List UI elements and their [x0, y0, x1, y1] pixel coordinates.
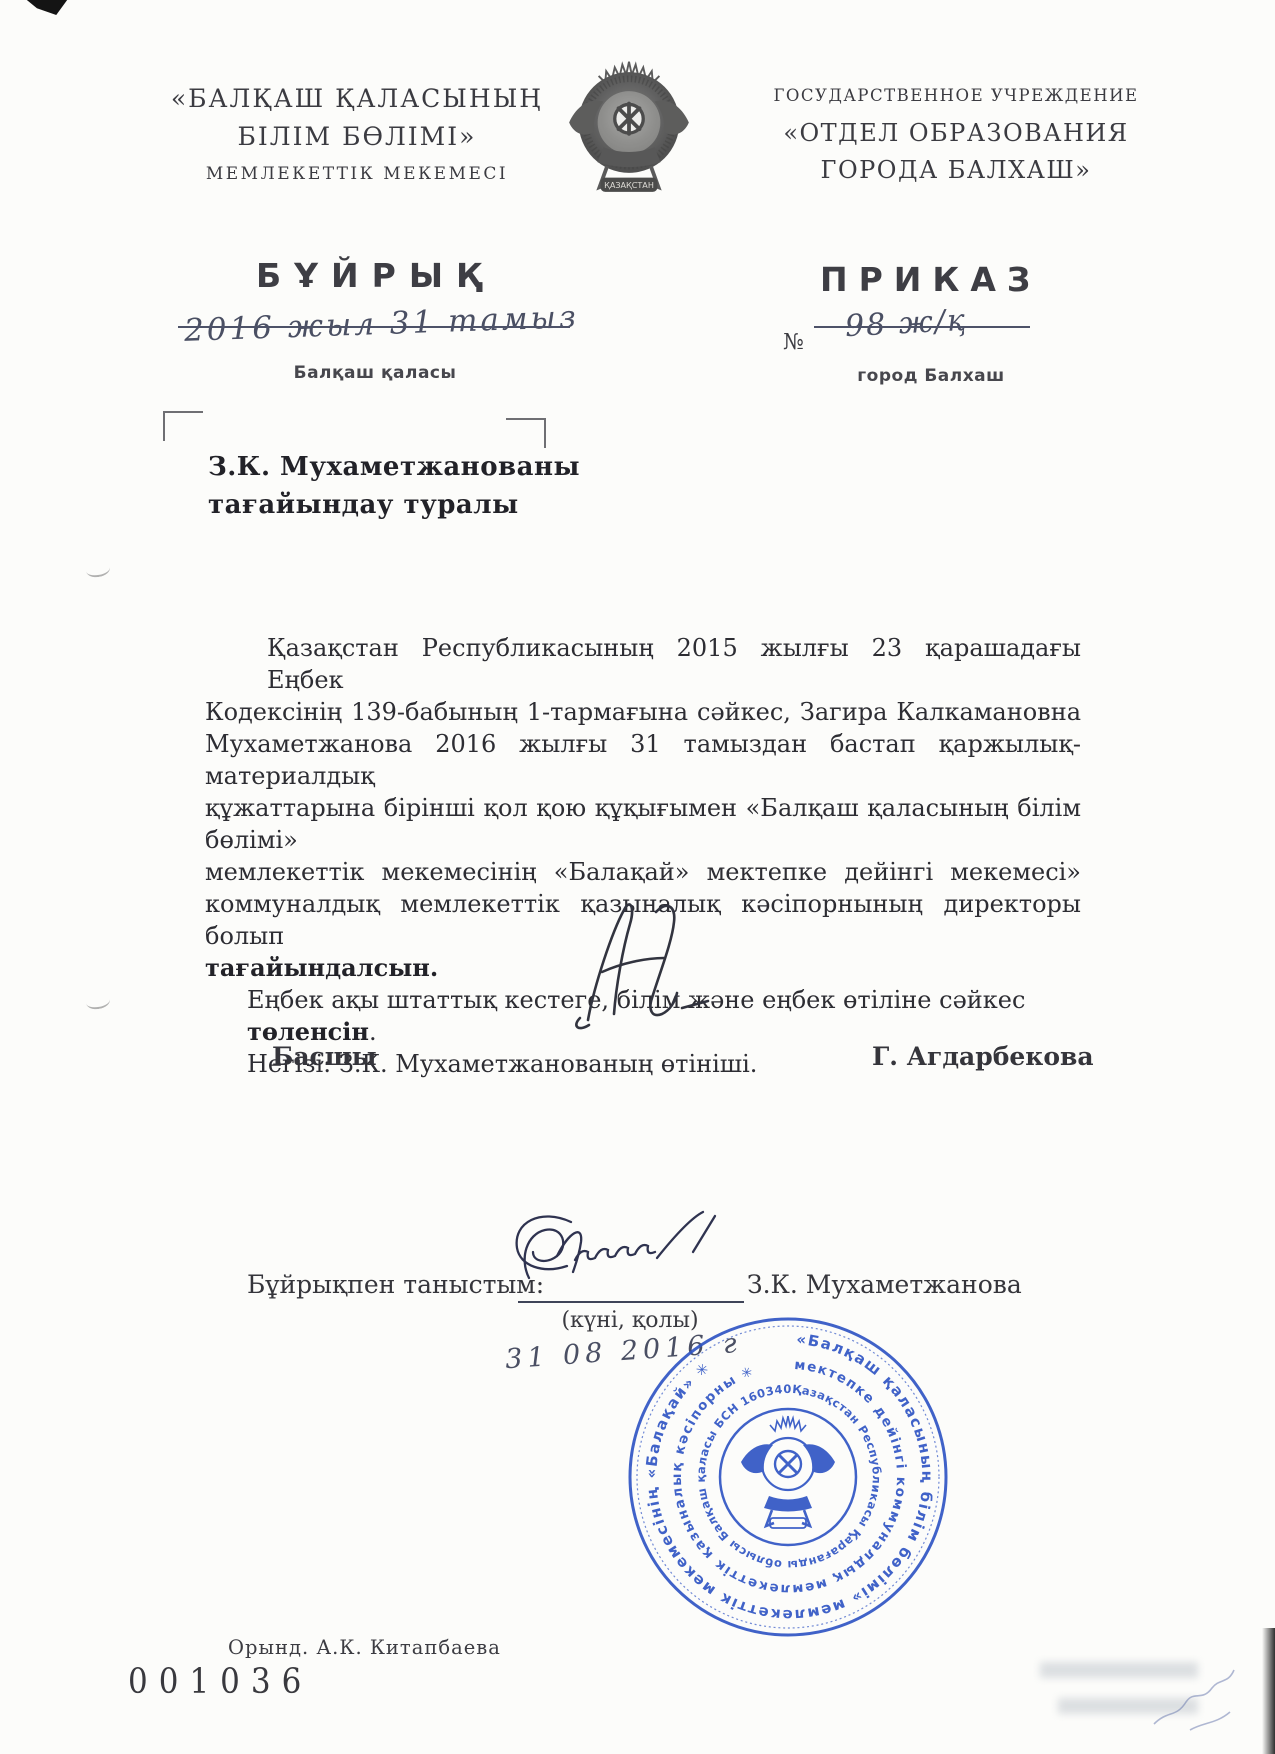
org-ru-line3: ГОРОДА БАЛХАШ»	[752, 152, 1160, 189]
date-underline	[178, 326, 570, 328]
emblem-banner-text: ҚАЗАҚСТАН	[604, 181, 654, 190]
place-kazakh: Балқаш қаласы	[180, 363, 570, 383]
acknowledgment-underline	[518, 1301, 744, 1303]
official-round-stamp: «Балқаш қаласының білім бөлімі» мемлекет…	[623, 1312, 953, 1642]
body-line: Қазақстан Республикасының 2015 жылғы 23 …	[205, 632, 1081, 696]
org-kk-line2: БІЛІМ БӨЛІМІ»	[168, 118, 546, 156]
acknowledgment-label: Бұйрықпен таныстым:	[247, 1270, 544, 1299]
subject-line1: З.К. Мухаметжанованы	[208, 448, 580, 486]
margin-pencil-tick	[85, 560, 111, 579]
acknowledging-person-name: З.К. Мухаметжанова	[747, 1270, 1022, 1299]
org-kk-line1: «БАЛҚАШ ҚАЛАСЫНЫҢ	[168, 80, 546, 118]
head-position-label: Басшы	[272, 1042, 377, 1071]
org-name-kazakh: «БАЛҚАШ ҚАЛАСЫНЫҢ БІЛІМ БӨЛІМІ» МЕМЛЕКЕТ…	[168, 80, 546, 184]
form-serial-number: 001036	[128, 1662, 312, 1702]
scan-edge-shadow	[1262, 1628, 1275, 1754]
head-signature	[558, 900, 723, 1035]
body-line: мемлекеттік мекемесінің «Балақай» мектеп…	[205, 856, 1081, 888]
scanned-order-page: «БАЛҚАШ ҚАЛАСЫНЫҢ БІЛІМ БӨЛІМІ» МЕМЛЕКЕТ…	[0, 0, 1275, 1754]
corner-mark-right	[506, 418, 546, 448]
body-line: Кодексінің 139-бабының 1-тармағына сәйке…	[205, 696, 1081, 728]
org-ru-line1: ГОСУДАРСТВЕННОЕ УЧРЕЖДЕНИЕ	[752, 86, 1160, 105]
head-signatory-name: Г. Агдарбекова	[872, 1042, 1094, 1071]
place-russian: город Балхаш	[770, 366, 1092, 386]
handwritten-order-number: 98 ж/қ	[844, 303, 968, 344]
org-ru-line2: «ОТДЕЛ ОБРАЗОВАНИЯ	[752, 115, 1160, 152]
stamp-center-emblem-icon	[741, 1416, 835, 1528]
org-kk-line3: МЕМЛЕКЕТТІК МЕКЕМЕСІ	[168, 164, 546, 184]
body-line: құжаттарына бірінші қол қою құқығымен «Б…	[205, 792, 1081, 856]
corner-mark-left	[163, 411, 203, 441]
order-subject: З.К. Мухаметжанованы тағайындау туралы	[208, 448, 580, 524]
margin-pencil-tick	[85, 992, 111, 1011]
number-underline	[814, 326, 1030, 328]
handwritten-order-date: 2016 жыл 31 тамыз	[183, 299, 579, 349]
pencil-scribble	[1150, 1658, 1240, 1738]
order-title-russian: ПРИКАЗ	[820, 260, 1041, 299]
acknowledgment-signature	[505, 1208, 745, 1310]
org-name-russian: ГОСУДАРСТВЕННОЕ УЧРЕЖДЕНИЕ «ОТДЕЛ ОБРАЗО…	[752, 86, 1160, 189]
order-title-kazakh: БҰЙРЫҚ	[256, 256, 495, 295]
scan-corner-artifact	[26, 0, 68, 15]
kazakhstan-state-emblem-icon: ҚАЗАҚСТАН	[556, 56, 702, 208]
executor-name: Орынд. А.К. Китапбаева	[228, 1636, 501, 1659]
subject-line2: тағайындау туралы	[208, 486, 580, 524]
number-sign: №	[783, 330, 804, 355]
body-line: Мухаметжанова 2016 жылғы 31 тамыздан бас…	[205, 728, 1081, 792]
